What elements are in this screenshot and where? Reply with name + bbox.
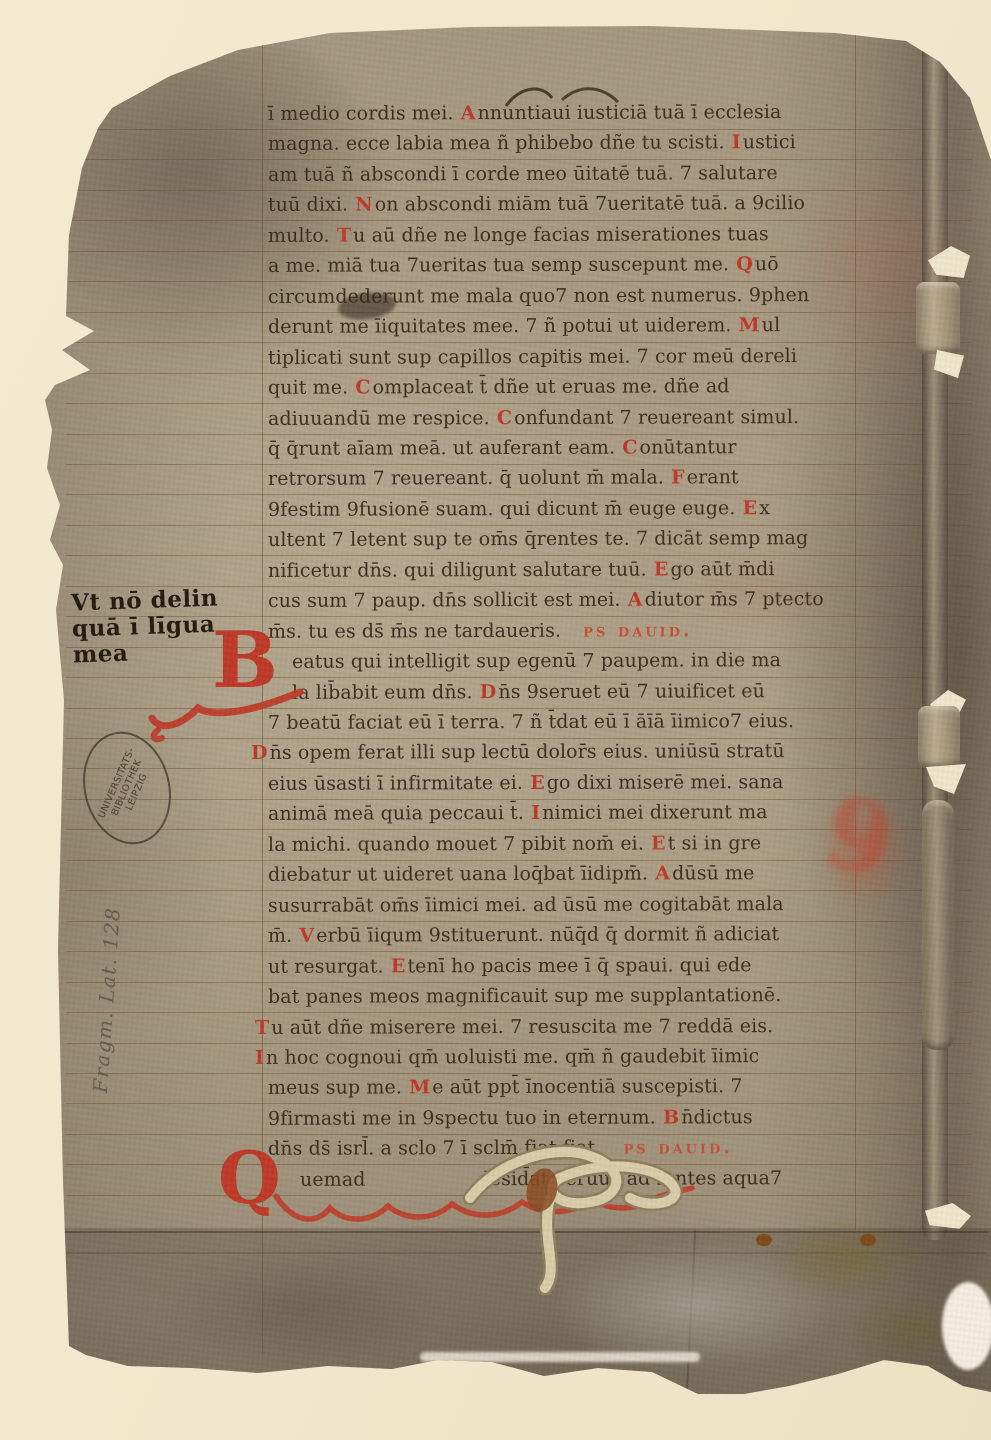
- text-segment-ink: u aū dñe ne longe facias miserationes tu…: [353, 223, 769, 246]
- text-segment-red: D: [250, 742, 270, 764]
- text-segment-ink: ī medio cordis mei.: [268, 102, 460, 125]
- text-segment-red: Q: [735, 253, 755, 275]
- text-segment-red: A: [627, 589, 645, 611]
- text-line: retrorsum 7 reuereant. q̄ uolunt m̄ mala…: [268, 467, 739, 491]
- text-line: la lib̄abit eum dn̄s. Dn̄s 9seruet eū 7 …: [292, 680, 765, 704]
- text-segment-ink: tenī ho pacis mee ī q̄ spaui. qui ede: [407, 954, 751, 977]
- text-line: m̄. Verbū īiqum 9stituerunt. nūq̄d q̄ do…: [268, 923, 779, 947]
- parchment-leaf: 9 ī medio cordis mei. Annuntiaui iustici…: [0, 0, 991, 1440]
- text-segment-red: I: [530, 802, 542, 824]
- sewing-strap-piece: [916, 282, 960, 354]
- text-segment-ink: go dixi miserē mei. sana: [547, 771, 784, 794]
- text-line: tuū dixi. Non abscondi miām tuā 7ueritat…: [268, 192, 805, 216]
- text-segment-red: E: [742, 497, 760, 519]
- text-segment-ink: susurrabāt om̄s īimici mei. ad ūsū me co…: [268, 893, 784, 917]
- gloss-line-3: mea: [72, 637, 220, 668]
- text-line: magna. ecce labia mea ñ phibebo dñe tu s…: [268, 132, 796, 156]
- text-line: Tu aūt dñe miserere mei. 7 resuscita me …: [254, 1015, 773, 1039]
- text-segment-ink: 9firmasti me in 9spectu tuo in eternum.: [268, 1106, 662, 1129]
- text-segment-ink: la lib̄abit eum dn̄s.: [292, 681, 479, 704]
- text-line: adiuuandū me respice. Confundant 7 reuer…: [268, 406, 799, 430]
- text-segment-red: M: [408, 1077, 432, 1099]
- text-segment-red: V: [298, 925, 316, 947]
- text-segment-red: N: [354, 194, 375, 216]
- torn-white-edge: [942, 1282, 991, 1370]
- text-segment-ink: 7 beatū faciat eū ī terra. 7 ñ t̄dat eū …: [268, 710, 794, 734]
- text-segment-red: E: [390, 955, 408, 977]
- text-segment-ink: eius ūsasti ī infirmitate ei.: [268, 772, 529, 795]
- text-segment-ink: nimici mei dixerunt ma: [542, 801, 768, 824]
- text-line: nificetur dn̄s. qui diligunt salutare tu…: [268, 558, 775, 582]
- text-segment-ink: n hoc cognoui qm̄ uoluisti me. qm̄ ñ gau…: [266, 1045, 759, 1069]
- manuscript-photo: 9 ī medio cordis mei. Annuntiaui iustici…: [0, 0, 991, 1440]
- text-segment-red: I: [731, 132, 743, 154]
- text-segment-red: C: [621, 436, 639, 458]
- text-segment-red: A: [654, 863, 672, 885]
- text-segment-ink: u aūt dñe miserere mei. 7 resuscita me 7…: [271, 1015, 773, 1039]
- text-segment-ink: dūsū me: [672, 862, 754, 884]
- torn-bottom-edge: [420, 1352, 700, 1362]
- text-segment-red: E: [650, 832, 668, 854]
- text-segment-red: C: [496, 407, 514, 429]
- text-line: quit me. Complaceat t̄ dñe ut eruas me. …: [268, 375, 730, 399]
- text-line: ultent 7 letent sup te om̄s q̄rentes te.…: [268, 527, 808, 551]
- text-segment-red: T: [254, 1016, 271, 1038]
- text-segment-ink: onfundant 7 reuereant simul.: [514, 406, 799, 429]
- sewing-strap-frayed: [922, 800, 954, 1050]
- text-segment-ink: m̄.: [268, 925, 298, 947]
- text-line: animā meā quia peccaui t̄. Inimici mei d…: [268, 801, 768, 825]
- text-segment-ink: erbū īiqum 9stituerunt. nūq̄d q̄ dormit …: [316, 923, 779, 947]
- text-segment-ink: cus sum 7 paup. dn̄s sollicit est mei.: [268, 589, 627, 612]
- text-segment-red: I: [254, 1047, 266, 1069]
- text-segment-red: T: [336, 224, 353, 246]
- text-segment-ink: la michi. quando mouet 7 pibit nom̄ ei.: [268, 832, 650, 855]
- text-line: q̄ q̄runt aīam meā. ut auferant eam. Con…: [268, 436, 737, 460]
- text-segment-ink: m̄s. tu es ds̄ m̄s ne tardaueris.: [268, 619, 567, 642]
- text-line: derunt me īiquitates mee. 7 ñ potui ut u…: [268, 314, 780, 338]
- text-segment-ink: x: [759, 497, 770, 519]
- text-segment-red: E: [653, 558, 671, 580]
- text-line: Dn̄s opem ferat illi sup lectū dolor̄s e…: [250, 741, 785, 765]
- text-line: meus sup me. Me aūt ppt̄ īnocentiā susce…: [268, 1076, 743, 1100]
- text-line: eatus qui intelligit sup egenū 7 paupem.…: [292, 649, 781, 673]
- text-line: 9festim 9fusionē suam. qui dicunt m̄ eug…: [268, 497, 770, 521]
- text-segment-ink: n̄s 9seruet eū 7 uiuificet eū: [498, 680, 765, 703]
- text-segment-ink: am tuā ñ abscondi ī corde meo ūitatē tuā…: [268, 162, 778, 186]
- text-segment-red: E: [529, 772, 547, 794]
- text-segment-red: F: [670, 467, 687, 489]
- text-segment-ink: q̄ q̄runt aīam meā. ut auferant eam.: [268, 437, 621, 460]
- text-line: a me. miā tua 7ueritas tua semp suscepun…: [268, 253, 779, 277]
- text-segment-ink: a me. miā tua 7ueritas tua semp suscepun…: [268, 254, 735, 278]
- gloss-line-2: quā ī līgua: [72, 611, 220, 642]
- text-segment-ink: e aūt ppt̄ īnocentiā suscepisti. 7: [432, 1076, 742, 1099]
- text-line: 9firmasti me in 9spectu tuo in eternum. …: [268, 1106, 753, 1130]
- text-line: susurrabāt om̄s īimici mei. ad ūsū me co…: [268, 893, 784, 917]
- text-segment-red: D: [479, 681, 499, 703]
- text-line: am tuā ñ abscondi ī corde meo ūitatē tuā…: [268, 162, 778, 186]
- text-segment-red: M: [738, 314, 762, 336]
- text-segment-rubric: ps dauid.: [583, 619, 693, 641]
- text-segment-red: C: [354, 376, 372, 398]
- text-segment-ink: tiplicati sunt sup capillos capitis mei.…: [268, 345, 797, 369]
- text-segment-ink: adiuuandū me respice.: [268, 407, 496, 430]
- text-segment-ink: ul: [762, 314, 781, 336]
- text-segment-ink: ut resurgat.: [268, 955, 390, 977]
- text-line: tiplicati sunt sup capillos capitis mei.…: [268, 345, 797, 369]
- text-segment-ink: 9festim 9fusionē suam. qui dicunt m̄ eug…: [268, 497, 742, 521]
- text-segment-ink: erant: [687, 467, 739, 489]
- text-segment-ink: onūtantur: [639, 436, 736, 458]
- text-segment-ink: bat panes meos magnificauit sup me suppl…: [268, 984, 781, 1008]
- text-segment-ink: ustici: [743, 132, 796, 154]
- text-segment-ink: magna. ecce labia mea ñ phibebo dñe tu s…: [268, 132, 731, 156]
- text-segment-red: A: [460, 102, 478, 124]
- sewing-strap-ridge: [922, 40, 948, 1240]
- text-line: 7 beatū faciat eū ī terra. 7 ñ t̄dat eū …: [268, 710, 794, 734]
- text-segment-red: B: [662, 1106, 681, 1128]
- text-segment-ink: eatus qui intelligit sup egenū 7 paupem.…: [292, 649, 781, 673]
- text-line: ī medio cordis mei. Annuntiaui iusticiā …: [268, 101, 781, 125]
- text-segment-ink: animā meā quia peccaui t̄.: [268, 802, 530, 825]
- text-segment-ink: n̄dictus: [681, 1106, 753, 1128]
- text-segment-ink: on abscondi miām tuā 7ueritatē tuā. a 9c…: [375, 192, 805, 216]
- text-segment-ink: go aūt m̄di: [670, 558, 774, 580]
- text-segment-ink: n̄s opem ferat illi sup lectū dolor̄s ei…: [270, 741, 785, 765]
- text-line: In hoc cognoui qm̄ uoluisti me. qm̄ ñ ga…: [254, 1045, 759, 1069]
- text-segment-ink: quit me.: [268, 377, 354, 399]
- text-segment-ink: nnuntiaui iusticiā tuā ī ecclesia: [478, 101, 782, 124]
- text-segment-ink: t si in gre: [668, 832, 762, 854]
- text-line: multo. Tu aū dñe ne longe facias miserat…: [268, 223, 769, 247]
- text-segment-ink: nificetur dn̄s. qui diligunt salutare tu…: [268, 558, 653, 581]
- text-segment-ink: derunt me īiquitates mee. 7 ñ potui ut u…: [268, 314, 738, 338]
- text-segment-ink: diutor m̄s 7 ptecto: [645, 588, 824, 611]
- text-segment-ink: tuū dixi.: [268, 194, 354, 216]
- text-segment-ink: ultent 7 letent sup te om̄s q̄rentes te.…: [268, 527, 808, 551]
- text-line: eius ūsasti ī infirmitate ei. Ego dixi m…: [268, 771, 783, 795]
- text-segment-ink: omplaceat t̄ dñe ut eruas me. dñe ad: [373, 375, 730, 398]
- text-line: bat panes meos magnificauit sup me suppl…: [268, 984, 781, 1008]
- text-line: m̄s. tu es ds̄ m̄s ne tardaueris. ps dau…: [268, 619, 693, 642]
- marginal-gloss: Vt nō delin quā ī līgua mea: [71, 585, 221, 668]
- text-line: la michi. quando mouet 7 pibit nom̄ ei. …: [268, 832, 761, 856]
- text-line: ut resurgat. Etenī ho pacis mee ī q̄ spa…: [268, 954, 752, 978]
- text-line: diebatur ut uideret uana loq̄bat īidipm̄…: [268, 862, 755, 886]
- text-segment-ink: multo.: [268, 224, 336, 246]
- parchment-tie-knot: [438, 1136, 708, 1308]
- text-segment-ink: retrorsum 7 reuereant. q̄ uolunt m̄ mala…: [268, 467, 670, 490]
- text-segment-ink: meus sup me.: [268, 1077, 408, 1099]
- sewing-strap-piece: [918, 706, 960, 768]
- text-segment-ink: diebatur ut uideret uana loq̄bat īidipm̄…: [268, 863, 654, 886]
- text-segment-ink: uō: [755, 253, 779, 275]
- text-line: cus sum 7 paup. dn̄s sollicit est mei. A…: [268, 588, 824, 612]
